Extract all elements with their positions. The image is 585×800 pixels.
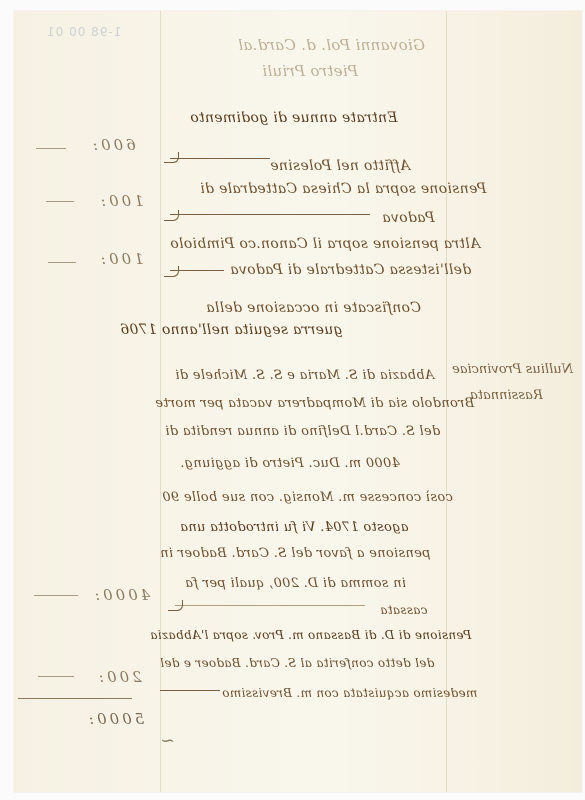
margin-note: Nullius Provinciae [452,362,573,377]
catalog-mark: 1-98 00 01 [46,25,121,39]
body-line: Abbazia di S. Maria e S. S. Michele di [175,368,434,383]
entry-line: dell'istessa Cattedrale di Padova [230,262,471,278]
rule-line [170,214,370,215]
entry-line: Pensione sopra la Chiesa Cattedrale di [200,181,486,197]
dash [48,262,76,263]
closing-line: del detto conferita al S. Card. Badoer e… [160,656,434,670]
hook-mark [168,600,183,611]
entry-line: Altra pensione sopra il Canon.co Pimbiol… [170,236,480,252]
dash [38,676,74,677]
hook-mark [164,210,179,221]
amount: 600: [90,136,136,154]
rule-line [175,605,365,606]
rule-line [160,690,220,691]
amount: 200: [96,668,142,686]
dash [34,595,78,596]
rule-line [170,158,270,159]
hook-mark [164,152,179,163]
body-line: Brondolo sia di Mompadrera vacata per mo… [155,396,474,411]
header-line-1: Giovanni Pol. d. Card.al [238,36,425,54]
total-rule [18,698,132,699]
body-line: agosto 1704. Vi fu introdotta una [180,520,409,535]
entry-line: Affitto nel Polesine [270,158,410,174]
header-line-2: Pietro Priuli [262,62,358,80]
total-mark: ~ [160,730,175,751]
section-title-line: guerra seguita nell'anno 1706 [120,322,343,338]
amount: 100: [98,192,144,210]
margin-note: Rassinnata [470,388,543,403]
body-line: in somma di D. 200, quali per fa [185,576,406,591]
closing-line: Pensione di D. di Bassano m. Prov. sopra… [150,628,471,642]
amount: 4000: [92,586,150,604]
hook-mark [164,266,179,277]
dash [46,201,74,202]
body-line: pensione a favor del S. Card. Badoer in [160,546,430,561]
entry-line: Padova [382,210,435,226]
section-title-line: Confiscate in occasione della [206,300,421,316]
body-line: 4000 m. Duc. Pietro di aggiung. [180,456,400,471]
section-title: Entrate annue di godimento [190,110,398,126]
body-line: del S. Card.l Delfino di annua rendita d… [165,424,440,439]
closing-line: medesimo acquistata con m. Brevissimo [222,686,477,700]
amount: 100: [98,250,144,268]
body-line: cassata [380,603,427,617]
total-amount: 5000: [86,710,144,728]
dash [36,148,66,149]
body-line: così concesse m. Monsig. con sue bolle 9… [162,490,453,505]
